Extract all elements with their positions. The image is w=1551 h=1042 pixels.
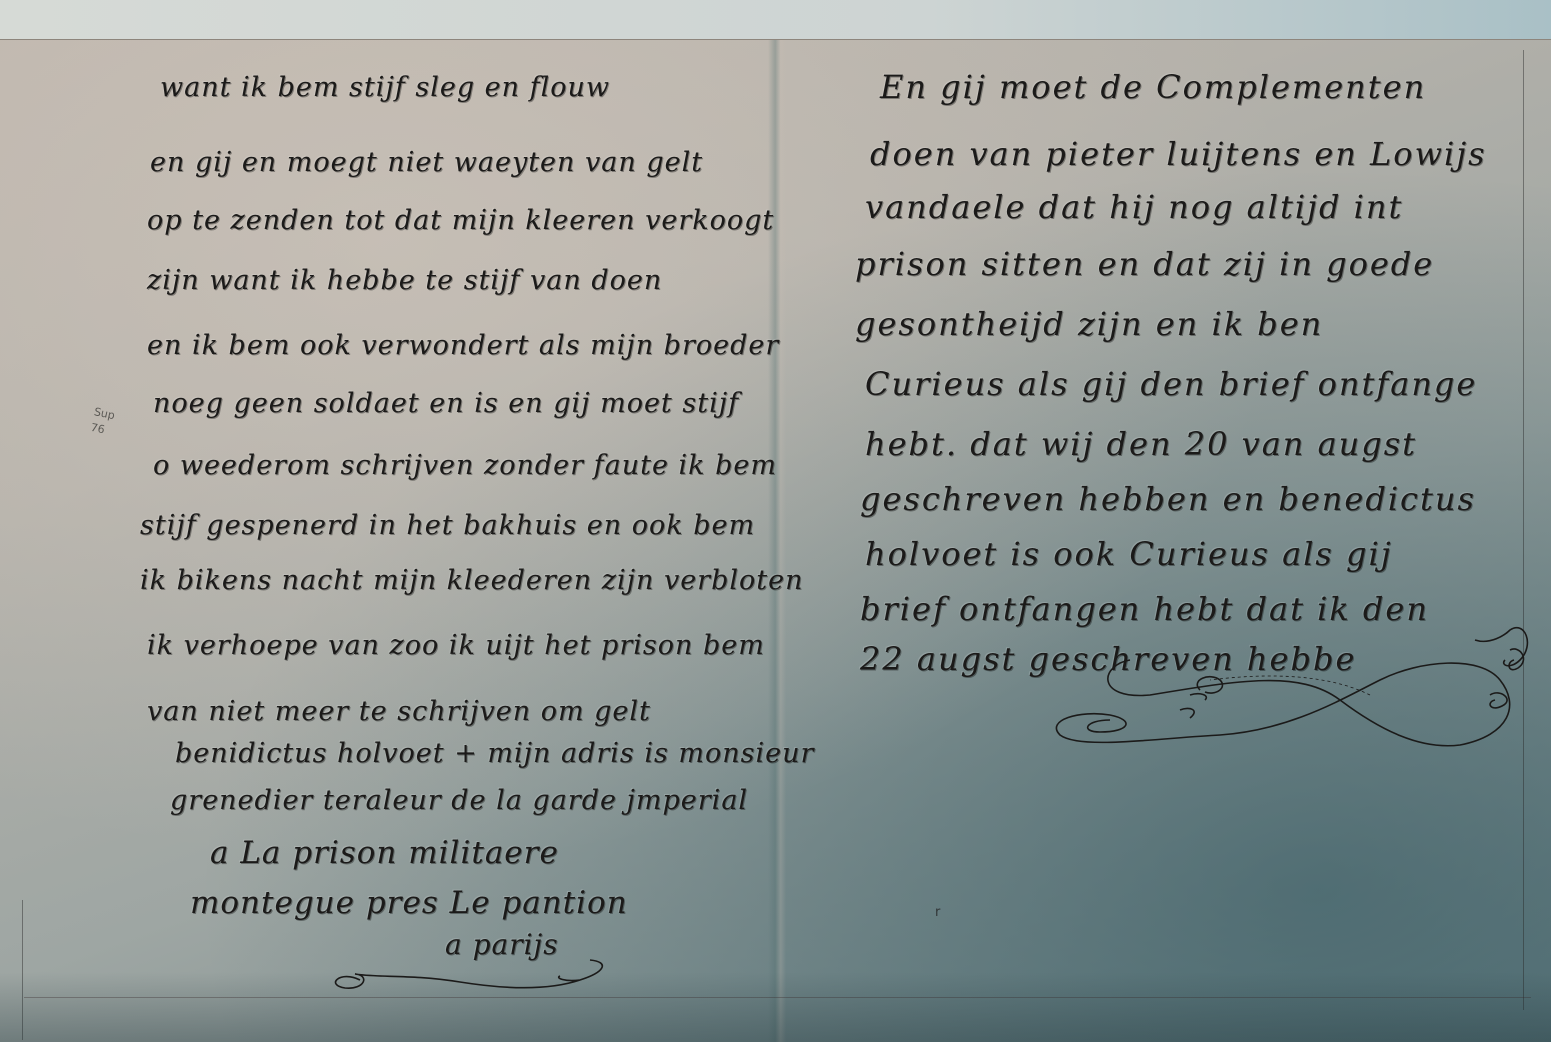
left-line-11: van niet meer te schrijven om gelt — [147, 696, 651, 727]
left-line-1: want ik bem stijf sleg en flouw — [160, 72, 610, 103]
left-line-9: ik bikens nacht mijn kleederen zijn verb… — [140, 565, 803, 596]
left-line-14-address: a La prison militaere — [210, 835, 559, 871]
left-line-4: zijn want ik hebbe te stijf van doen — [147, 265, 662, 296]
stray-ink-mark: r — [935, 905, 940, 920]
right-margin-rule — [1523, 50, 1524, 1010]
left-line-5: en ik bem ook verwondert als mijn broede… — [147, 330, 779, 361]
left-margin-rule — [22, 900, 23, 1040]
right-line-7: hebt. dat wij den 20 van augst — [865, 425, 1417, 463]
right-line-1: En gij moet de Complementen — [880, 68, 1426, 106]
left-line-3: op te zenden tot dat mijn kleeren verkoo… — [147, 205, 774, 236]
left-line-12: benidictus holvoet + mijn adris is monsi… — [175, 738, 814, 769]
left-line-6: noeg geen soldaet en is en gij moet stij… — [153, 388, 739, 419]
left-line-16-city: a parijs — [445, 928, 559, 961]
left-line-2: en gij en moegt niet waeyten van gelt — [150, 147, 703, 178]
right-line-9: holvoet is ook Curieus als gij — [865, 535, 1393, 573]
right-line-5: gesontheijd zijn en ik ben — [855, 305, 1323, 343]
center-fold — [768, 40, 786, 1042]
left-line-10: ik verhoepe van zoo ik uijt het prison b… — [147, 630, 765, 661]
photo-backdrop — [0, 0, 1551, 42]
left-line-8: stijf gespenerd in het bakhuis en ook be… — [140, 510, 755, 541]
right-line-3: vandaele dat hij nog altijd int — [865, 188, 1403, 226]
right-line-2: doen van pieter luijtens en Lowijs — [870, 135, 1487, 173]
left-line-15-address: montegue pres Le pantion — [190, 885, 628, 921]
right-line-10: brief ontfangen hebt dat ik den — [860, 590, 1429, 628]
bottom-edge-rule — [24, 997, 1531, 998]
right-line-6: Curieus als gij den brief ontfange — [865, 365, 1477, 403]
left-line-7: o weederom schrijven zonder faute ik bem — [153, 450, 777, 481]
right-line-8: geschreven hebben en benedictus — [860, 480, 1476, 518]
closing-hook — [1470, 615, 1540, 675]
right-line-4: prison sitten en dat zij in goede — [855, 245, 1434, 283]
signature-flourish — [1040, 640, 1540, 760]
left-line-13: grenedier teraleur de la garde jmperial — [170, 785, 748, 816]
left-closing-flourish — [320, 960, 620, 1010]
